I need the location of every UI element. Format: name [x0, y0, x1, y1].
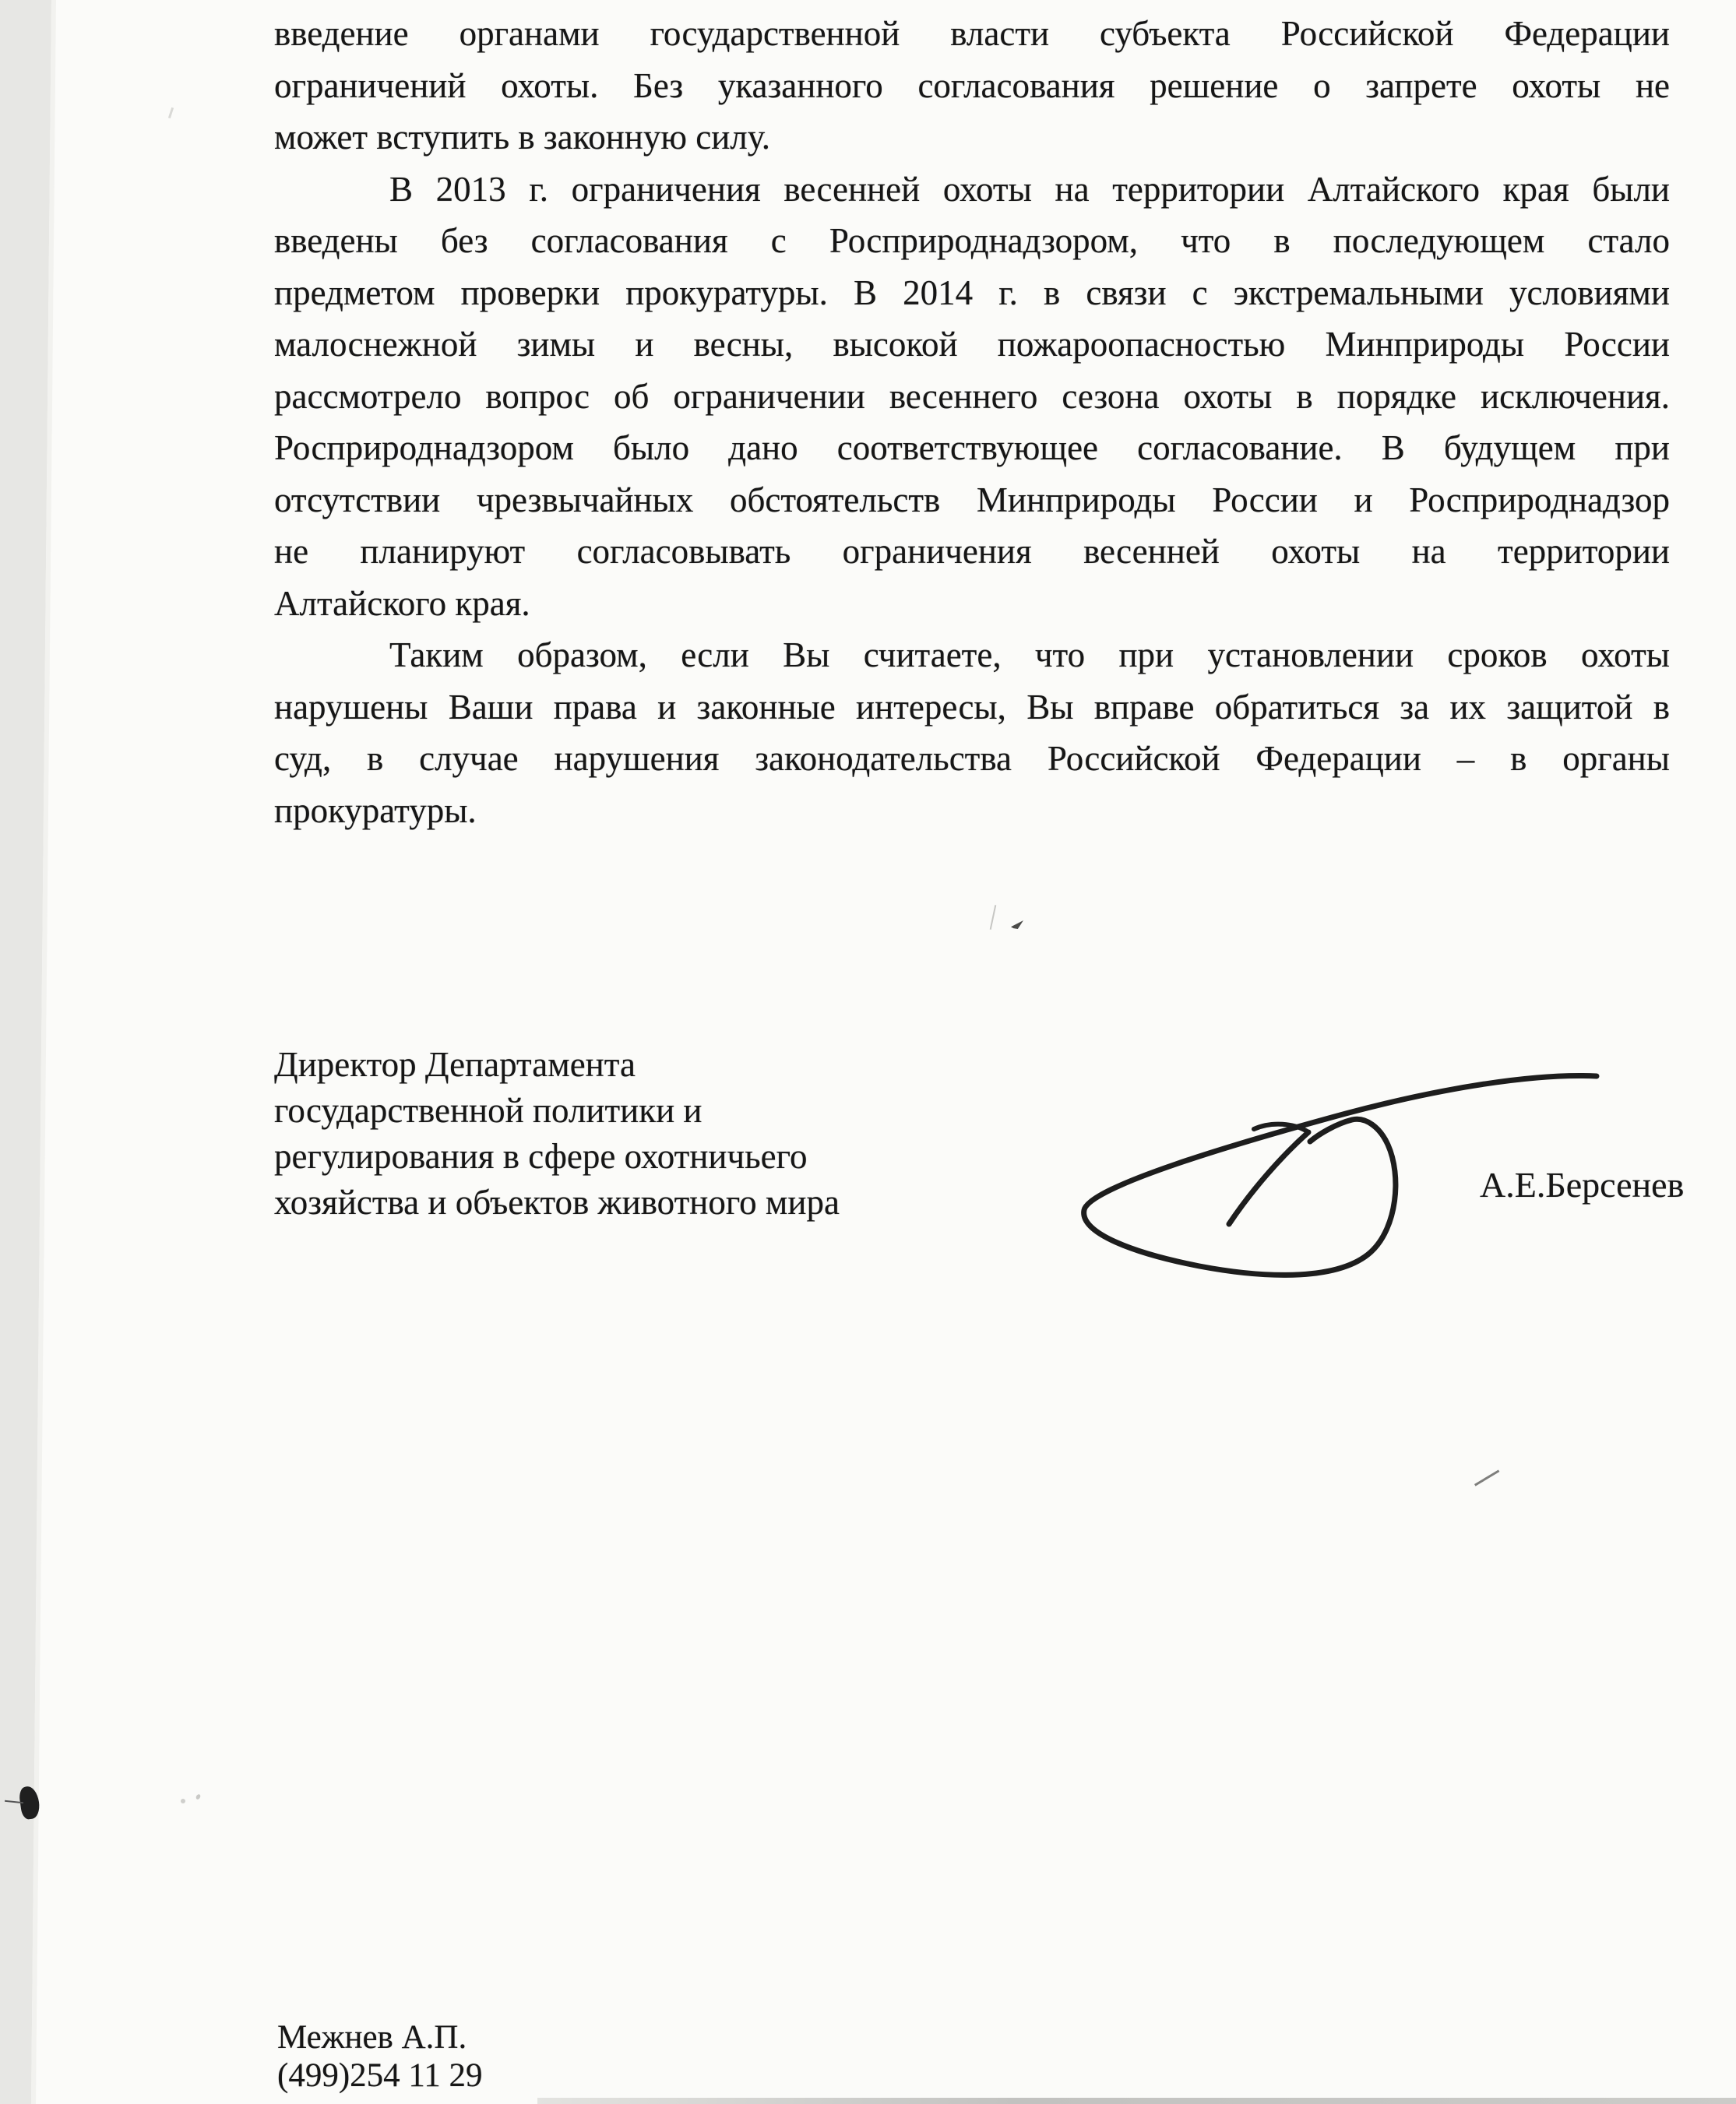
scan-artifact-pen-stroke — [1474, 1469, 1499, 1486]
text-line: может вступить в законную силу. — [274, 111, 1670, 164]
text-line: введение органами государственной власти… — [274, 8, 1670, 60]
text-line: не планируют согласовывать ограничения в… — [274, 526, 1670, 578]
scan-artifact-dot — [181, 1799, 185, 1803]
scan-artifact-bottom-edge — [537, 2098, 1736, 2104]
scan-artifact-speck — [168, 107, 174, 118]
signer-name: А.Е.Берсенев — [1480, 1163, 1729, 1208]
text-line: Алтайского края. — [274, 578, 1670, 630]
signer-title-line: государственной политики и — [274, 1088, 975, 1134]
text-line: малоснежной зимы и весны, высокой пожаро… — [274, 318, 1670, 371]
text-line: ограничений охоты. Без указанного соглас… — [274, 60, 1670, 112]
text-line: рассмотрело вопрос об ограничении весенн… — [274, 371, 1670, 423]
footer-contact: Межнев А.П. (499)254 11 29 — [277, 2018, 822, 2095]
text-line: Росприроднадзором было дано соответствую… — [274, 422, 1670, 474]
contact-name: Межнев А.П. — [277, 2018, 822, 2057]
text-line: предметом проверки прокуратуры. В 2014 г… — [274, 267, 1670, 319]
text-line: прокуратуры. — [274, 785, 1670, 837]
signer-title-line: Директор Департамента — [274, 1042, 975, 1088]
text-line: введены без согласования с Росприроднадз… — [274, 215, 1670, 267]
scanned-letter-page: введение органами государственной власти… — [0, 0, 1736, 2104]
scan-artifact-dot — [195, 1793, 202, 1800]
scan-artifact-ink-blob — [18, 1786, 41, 1821]
text-line: нарушены Ваши права и законные интересы,… — [274, 681, 1670, 734]
scan-artifact-hairline — [5, 1800, 23, 1803]
scan-artifact-sliver — [990, 905, 997, 930]
scan-artifact-check-mark — [1011, 920, 1023, 929]
text-line: отсутствии чрезвычайных обстоятельств Ми… — [274, 474, 1670, 526]
signer-title-line: хозяйства и объектов животного мира — [274, 1180, 975, 1226]
letter-body: введение органами государственной власти… — [274, 8, 1670, 836]
text-line: Таким образом, если Вы считаете, что при… — [274, 629, 1670, 681]
signer-title-block: Директор Департамента государственной по… — [274, 1042, 975, 1226]
signer-title-line: регулирования в сфере охотничьего — [274, 1134, 975, 1180]
contact-phone: (499)254 11 29 — [277, 2057, 822, 2095]
text-line: суд, в случае нарушения законодательства… — [274, 733, 1670, 785]
text-line: В 2013 г. ограничения весенней охоты на … — [274, 164, 1670, 216]
